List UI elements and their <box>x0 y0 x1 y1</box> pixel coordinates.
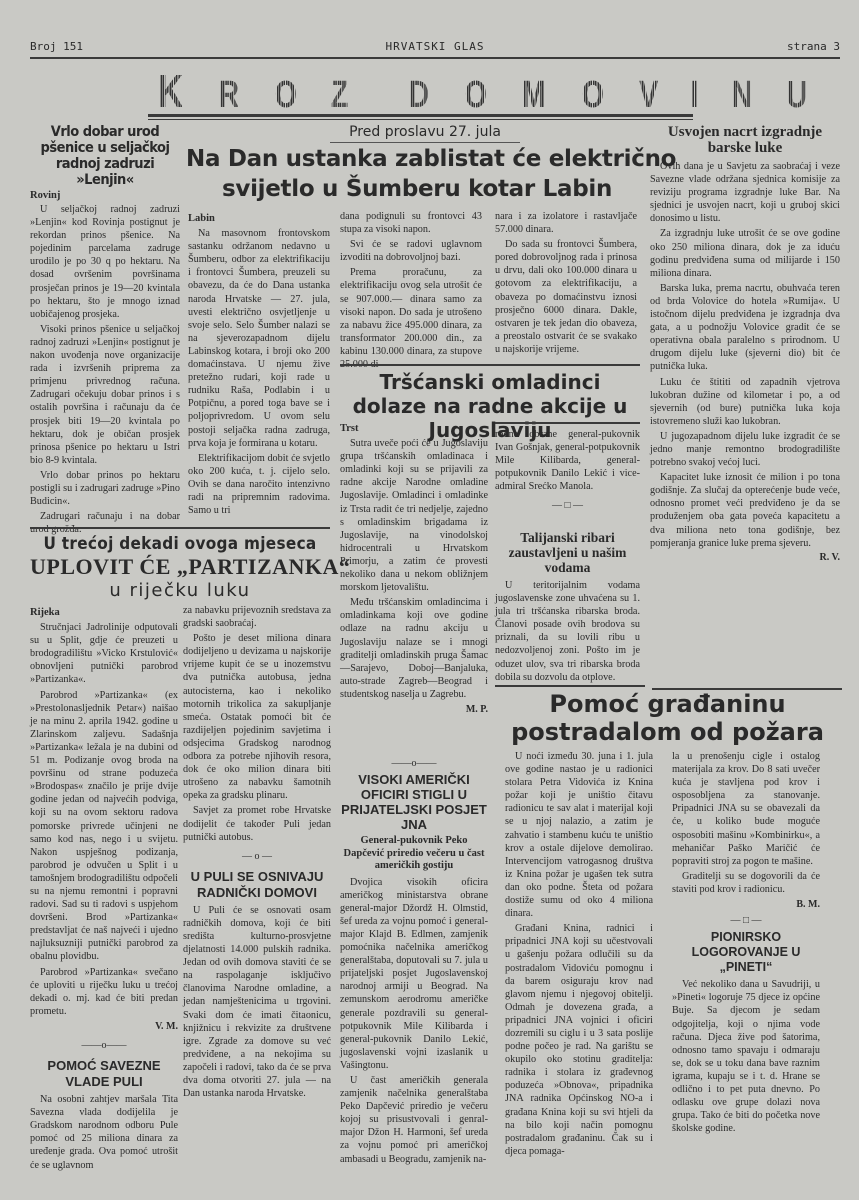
paragraph: U noći između 30. juna i 1. jula ove god… <box>505 750 653 920</box>
kicker-underline <box>330 142 520 143</box>
pula-pomoc-headline: POMOĆ SAVEZNE VLADE PULI <box>30 1058 178 1090</box>
paragraph: Vrlo dobar prinos po hektaru postigli su… <box>30 469 180 508</box>
paragraph: Zadrugari računaju i na dobar urod grožđ… <box>30 510 180 536</box>
banner-letter: O <box>465 74 487 117</box>
paragraph: za nabavku prijevoznih sredstava za grad… <box>183 604 331 630</box>
signature: B. M. <box>672 898 820 911</box>
banner-letter: I <box>690 74 698 117</box>
paragraph: Barska luka, prema nacrtu, obuhvaća tere… <box>650 282 840 374</box>
pozar-col1: U noći između 30. juna i 1. jula ove god… <box>505 750 653 1160</box>
masthead-rule <box>30 57 840 59</box>
paragraph: Do sada su frontovci Šumbera, pored dobr… <box>495 238 637 356</box>
divider <box>340 364 640 366</box>
article-oficiri: ——o—— VISOKI AMERIČKI OFICIRI STIGLI U P… <box>340 755 488 1168</box>
paragraph: Prema proračunu, za elektrifikaciju ovog… <box>340 266 482 371</box>
paragraph: Savjet za promet robe Hrvatske dodijelit… <box>183 804 331 843</box>
banner-letter: Z <box>331 74 348 117</box>
partizanka-kicker: U trećoj dekadi ovoga mjeseca <box>30 534 330 554</box>
article-psenica: Vrlo dobar urod pšenice u seljačkoj radn… <box>30 124 180 538</box>
paragraph: Kapacitet luke iznosit će milion i po to… <box>650 471 840 550</box>
paragraph: Među tršćanskim omladincima i omladinkam… <box>340 596 488 701</box>
separator: — □ — <box>495 499 640 512</box>
dateline: Labin <box>188 212 330 225</box>
paragraph: la u prenošenju cigle i ostalog materija… <box>672 750 820 868</box>
section-banner: KROZDOMOVINU <box>140 64 700 112</box>
paragraph: Parobrod »Partizanka« svečano će uplovit… <box>30 966 178 1018</box>
divider <box>495 685 645 687</box>
sumber-headline-1: Na Dan ustanka zablistat će električno <box>186 146 596 172</box>
banner-underline-2 <box>148 119 693 120</box>
separator: ——o—— <box>340 757 488 770</box>
dateline: Rijeka <box>30 606 178 619</box>
paragraph: U seljačkoj radnoj zadruzi »Lenjin« kod … <box>30 203 180 321</box>
divider <box>30 527 330 529</box>
partizanka-subhead: u riječku luku <box>30 580 330 601</box>
article-ribari: Talijanski ribari zaustavljeni u našim v… <box>495 530 640 686</box>
paragraph: nara i za izolatore i rastavljače 57.000… <box>495 210 637 236</box>
paragraph: rodne obrane general-pukovnik Ivan Gošnj… <box>495 428 640 493</box>
paragraph: dana podignuli su frontovci 43 stupa za … <box>340 210 482 236</box>
article-bar: Usvojen nacrt izgradnje barske luke Ovih… <box>650 124 840 563</box>
paragraph: Sutra uveče poći će u Jugoslaviju grupa … <box>340 437 488 594</box>
page-number: strana 3 <box>787 40 840 53</box>
article-body: U teritorijalnim vodama jugoslavenske zo… <box>495 579 640 684</box>
pozar-headline-1: Pomoć građaninu <box>495 690 840 718</box>
banner-underline <box>148 114 693 117</box>
signature: M. P. <box>340 703 488 716</box>
paragraph: Elektrifikacijom dobit će svjetlo oko 20… <box>188 452 330 517</box>
partizanka-col1: Rijeka Stručnjaci Jadrolinije odputovali… <box>30 604 178 1174</box>
paragraph: Pošto je deset miliona dinara dodijeljen… <box>183 632 331 802</box>
paragraph: U Puli će se osnovati osam radničkih dom… <box>183 904 331 1100</box>
sumber-headline-2: svijetlo u Šumberu kotar Labin <box>222 176 602 202</box>
sumber-kicker: Pred proslavu 27. jula <box>300 124 550 140</box>
paragraph: Graditelji su se dogovorili da će stavit… <box>672 870 820 896</box>
pozar-col2: la u prenošenju cigle i ostalog materija… <box>672 750 820 1137</box>
pozar-headline-2: postradalom od požara <box>495 718 840 746</box>
dateline: Rovinj <box>30 190 180 201</box>
separator: — o — <box>183 850 331 863</box>
paragraph: Već nekoliko dana u Savudriji, u »Pineti… <box>672 978 820 1135</box>
article-body: Ovih dana je u Savjetu za saobraćaj i ve… <box>650 160 840 550</box>
paragraph: Građani Knina, radnici i pripadnici JNA … <box>505 922 653 1158</box>
banner-letter: U <box>787 74 808 117</box>
paragraph: Svi će se radovi uglavnom izvoditi na do… <box>340 238 482 264</box>
paragraph: U teritorijalnim vodama jugoslavenske zo… <box>495 579 640 684</box>
masthead: Broj 151 HRVATSKI GLAS strana 3 <box>30 40 840 56</box>
headline: VISOKI AMERIČKI OFICIRI STIGLI U PRIJATE… <box>340 772 488 832</box>
paragraph: Stručnjaci Jadrolinije odputovali su u S… <box>30 621 178 686</box>
separator: ——o—— <box>30 1039 178 1052</box>
sumber-col1: Labin Na masovnom frontovskom sastanku o… <box>188 210 330 519</box>
signature: V. M. <box>30 1020 178 1033</box>
banner-letter: N <box>731 74 752 117</box>
headline: Talijanski ribari zaustavljeni u našim v… <box>495 530 640 575</box>
banner-letter: D <box>409 74 430 117</box>
banner-letter: K <box>158 64 183 118</box>
banner-letter: R <box>219 74 240 117</box>
paper-name: HRVATSKI GLAS <box>30 40 840 53</box>
paragraph: Visoki prinos pšenice u seljačkoj radnoj… <box>30 323 180 467</box>
headline: Usvojen nacrt izgradnje barske luke <box>650 124 840 156</box>
domovi-headline: U PULI SE OSNIVAJU RADNIČKI DOMOVI <box>183 869 331 901</box>
signature: R. V. <box>650 552 840 563</box>
sumber-col2: dana podignuli su frontovci 43 stupa za … <box>340 210 482 373</box>
paragraph: Parobrod »Partizanka« (ex »Prestolonaslj… <box>30 689 178 964</box>
banner-letter: V <box>639 74 658 117</box>
banner-letter: O <box>274 74 296 117</box>
paragraph: Dvojica visokih oficira američkog minist… <box>340 876 488 1072</box>
divider <box>495 422 640 424</box>
paragraph: U čast američkih generala zamjenik načel… <box>340 1074 488 1166</box>
pineta-headline: PIONIRSKO LOGOROVANJE U „PINETI“ <box>672 930 820 975</box>
paragraph: Za izgradnju luke utrošit će se ove godi… <box>650 227 840 279</box>
partizanka-headline: UPLOVIT ĆE „PARTIZANKA“ <box>30 554 335 580</box>
generals-tail: rodne obrane general-pukovnik Ivan Gošnj… <box>495 428 640 519</box>
banner-letter: M <box>522 74 546 117</box>
dateline: Trst <box>340 422 488 435</box>
sumber-col3: nara i za izolatore i rastavljače 57.000… <box>495 210 637 358</box>
headline: Vrlo dobar urod pšenice u seljačkoj radn… <box>30 124 180 188</box>
subhead: General-pukovnik Peko Dapčević priredio … <box>340 835 488 873</box>
article-body: U seljačkoj radnoj zadruzi »Lenjin« kod … <box>30 203 180 536</box>
paragraph: Ovih dana je u Savjetu za saobraćaj i ve… <box>650 160 840 225</box>
pula-col2: za nabavku prijevoznih sredstava za grad… <box>183 604 331 1102</box>
separator: — □ — <box>672 914 820 927</box>
paragraph: Luku će štititi od zapadnih vjetrova luk… <box>650 376 840 428</box>
trst-body: Trst Sutra uveče poći će u Jugoslaviju g… <box>340 420 488 716</box>
paragraph: Na osobni zahtjev maršala Tita Savezna v… <box>30 1093 178 1172</box>
paragraph: U jugozapadnom dijelu luke izgradit će s… <box>650 430 840 469</box>
banner-letter: O <box>582 74 604 117</box>
paragraph: Na masovnom frontovskom sastanku održano… <box>188 227 330 450</box>
